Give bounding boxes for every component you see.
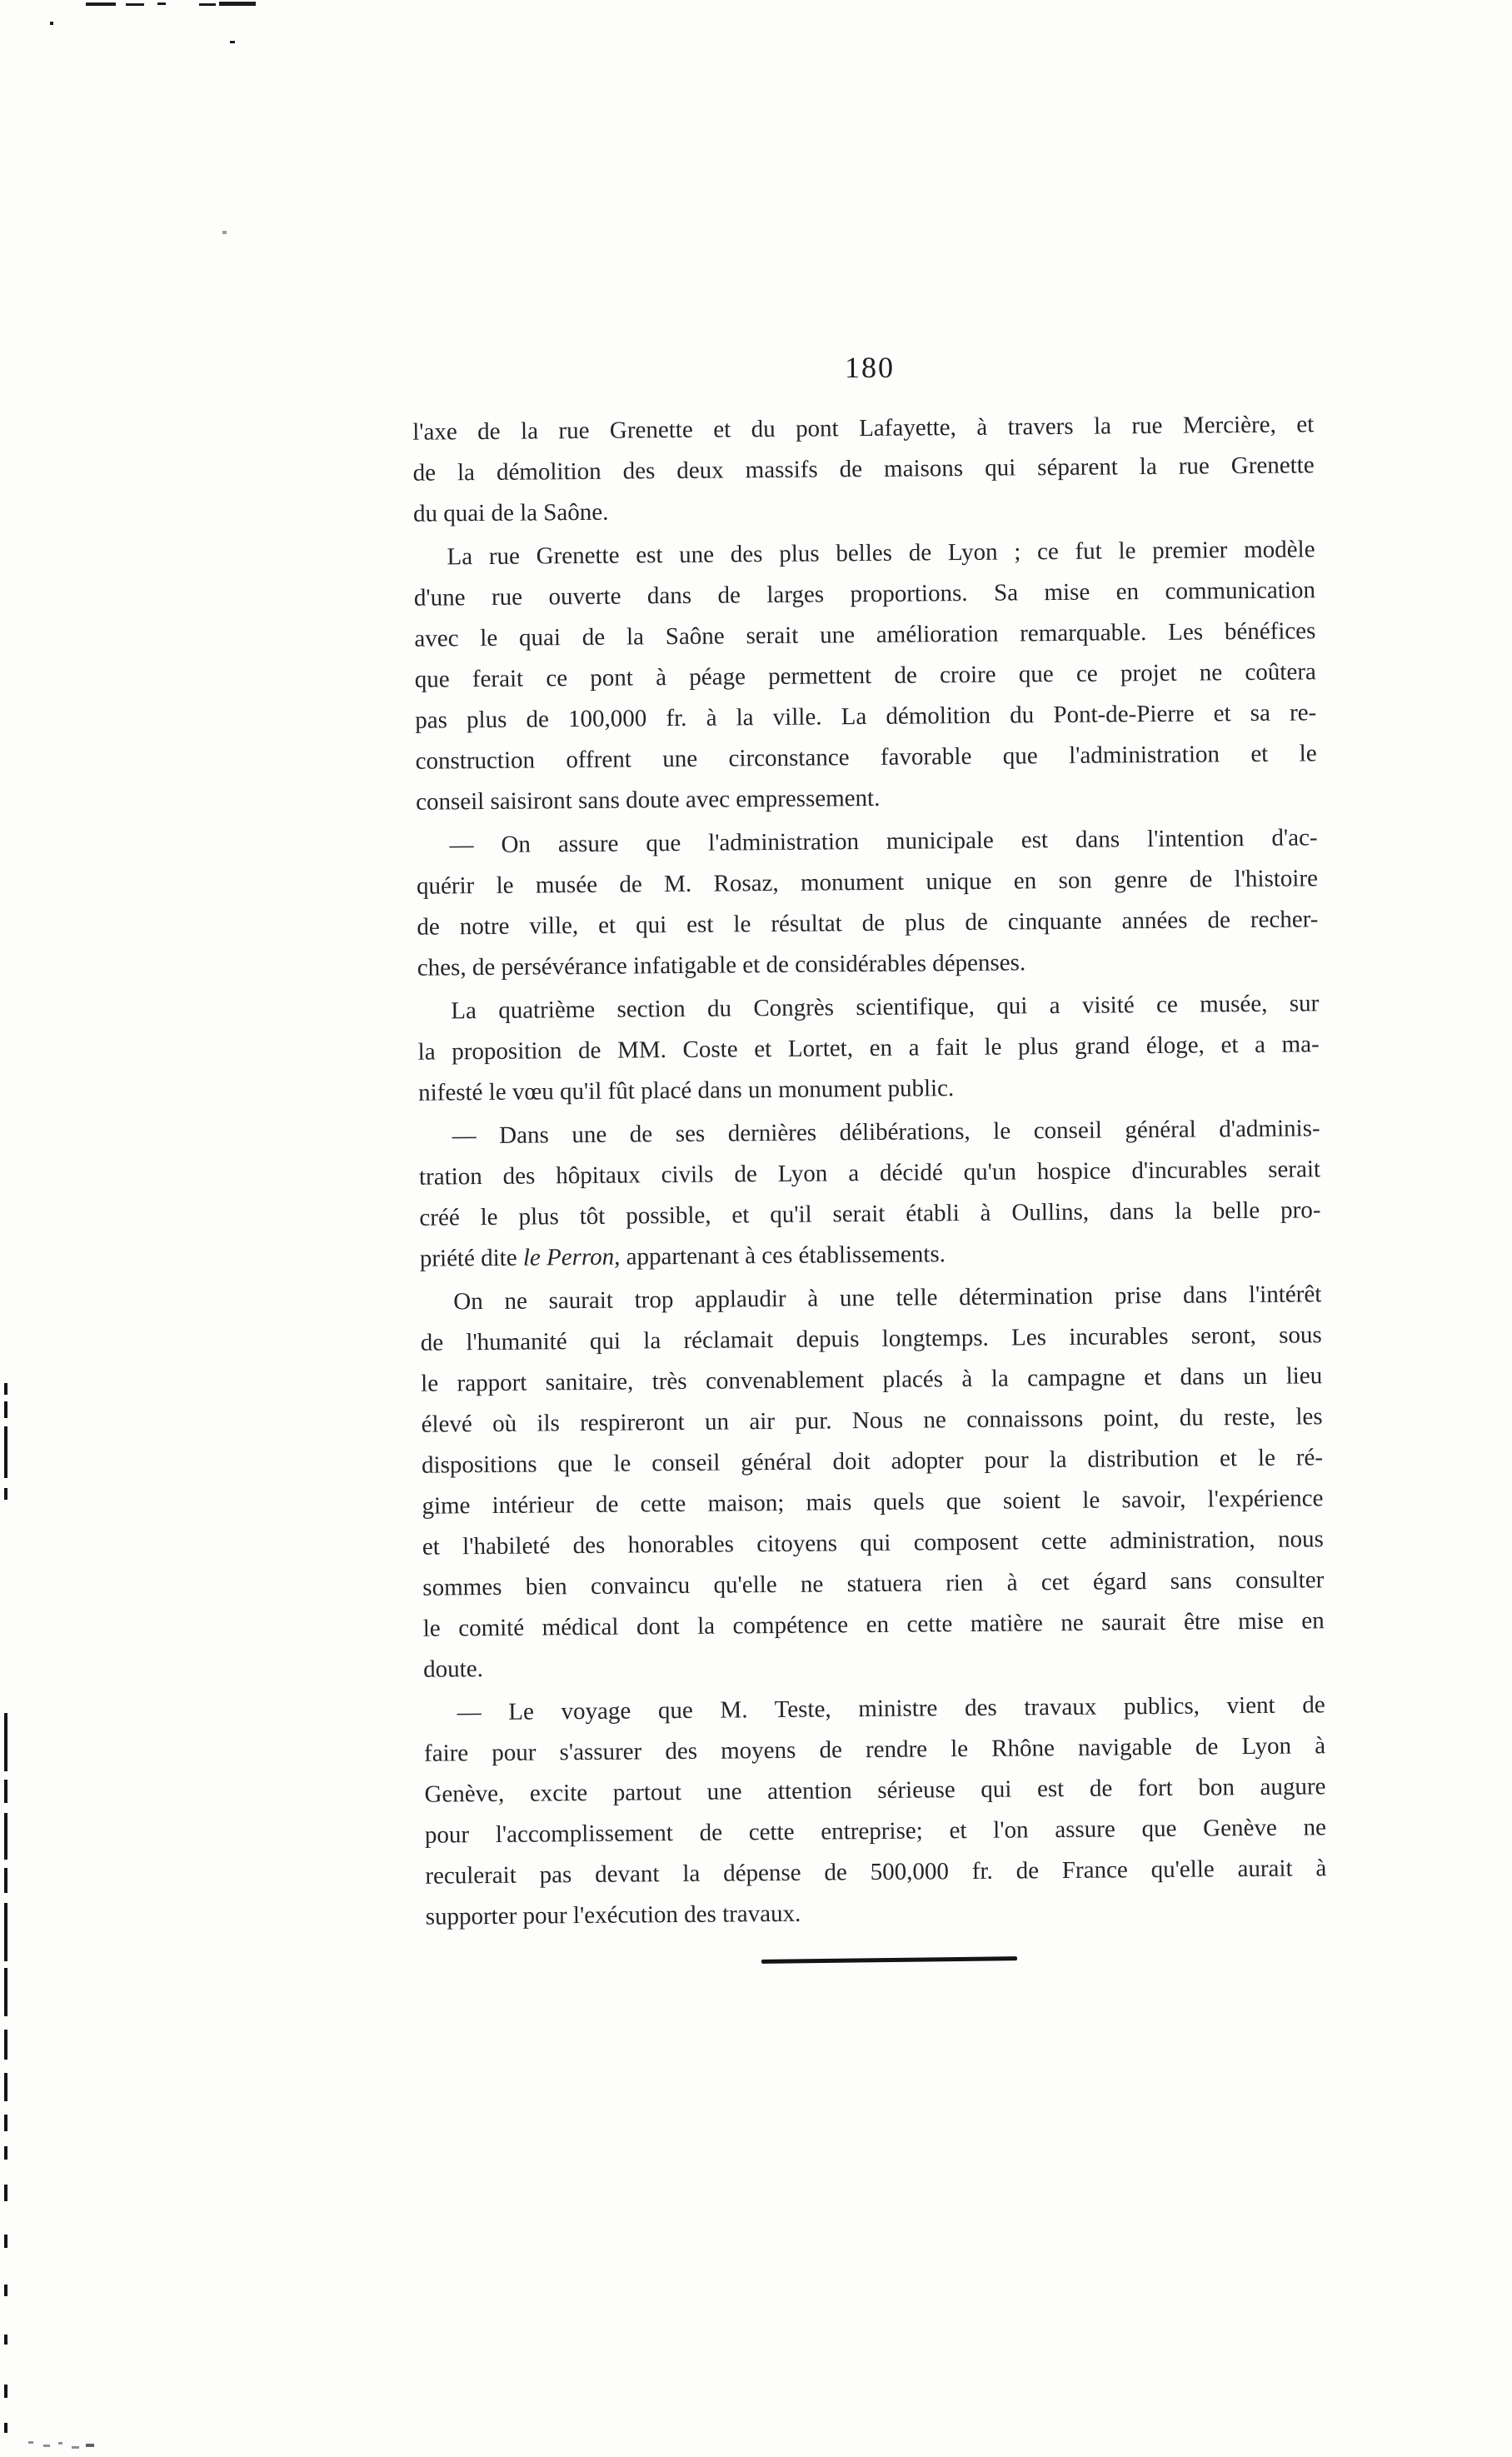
scan-artifact-speck: [222, 231, 227, 234]
text-line: supporter pour l'exécution des travaux.: [426, 1889, 1327, 1937]
scan-artifact-left-line: [4, 1713, 7, 1771]
scan-artifact-dot: [86, 2444, 94, 2447]
scan-artifact-left-line: [4, 2385, 7, 2398]
paragraph: On ne saurait trop applaudir à une telle…: [420, 1274, 1325, 1690]
text-line: le comité médical dont la compétence en …: [423, 1601, 1325, 1649]
text-line: construction offrent une circonstance fa…: [415, 733, 1316, 782]
paragraph: — Le voyage que M. Teste, ministre des t…: [423, 1685, 1327, 1937]
scan-artifact-left-line: [4, 2235, 7, 2248]
scan-artifact-speck: [50, 22, 53, 25]
scan-artifact-top-dash: [86, 2, 116, 6]
scan-artifact-left-line: [4, 2115, 7, 2131]
text-line: nifesté le vœu qu'il fût placé dans un m…: [418, 1065, 1320, 1113]
scan-artifact-left-line: [4, 1426, 7, 1478]
scan-artifact-left-line: [4, 2185, 7, 2201]
scan-artifact-left-line: [4, 2030, 7, 2060]
scan-artifact-top-dash: [157, 2, 166, 5]
scan-artifact-top-dash: [199, 3, 216, 6]
paragraph: — Dans une de ses dernières délibération…: [418, 1108, 1321, 1279]
text-line: du quai de la Saône.: [413, 486, 1315, 534]
text-line: conseil saisiront sans doute avec empres…: [416, 774, 1317, 822]
scan-artifact-left-line: [4, 1401, 7, 1418]
page-number: 180: [419, 350, 1320, 385]
scan-artifact-dot: [28, 2441, 33, 2444]
scan-artifact-left-line: [4, 2335, 7, 2345]
scan-artifact-left-line: [4, 2073, 7, 2101]
scan-artifact-top-dash: [126, 3, 144, 6]
scanned-document-page: 180 l'axe de la rue Grenette et du pont …: [0, 0, 1512, 2457]
scan-artifact-left-line: [4, 2423, 7, 2433]
text-line: créé le plus tôt possible, et qu'il sera…: [419, 1190, 1320, 1238]
section-divider-rule: [761, 1956, 1017, 1964]
scan-artifact-left-line: [4, 1383, 7, 1395]
scan-artifact-speck: [230, 41, 235, 43]
page-text: l'axe de la rue Grenette et du pont Lafa…: [412, 404, 1327, 1937]
paragraph: — On assure que l'administration municip…: [416, 817, 1319, 988]
scan-artifact-left-line: [4, 1903, 7, 1961]
text-line: de notre ville, et qui est le résultat d…: [417, 899, 1318, 947]
scan-artifact-left-line: [4, 1780, 7, 1803]
scan-artifact-dot: [58, 2442, 62, 2445]
scan-artifact-left-line: [4, 2285, 7, 2296]
text-line: reculerait pas devant la dépense de 500,…: [425, 1848, 1326, 1896]
paragraph: l'axe de la rue Grenette et du pont Lafa…: [412, 404, 1315, 534]
text-line: doute.: [423, 1641, 1325, 1690]
paragraph: La rue Grenette est une des plus belles …: [413, 529, 1317, 822]
text-line: priété dite le Perron, appartenant à ces…: [420, 1231, 1321, 1279]
text-line: de la démolition des deux massifs de mai…: [412, 445, 1314, 493]
scan-artifact-left-line: [4, 2146, 7, 2160]
scan-artifact-top-dash: [219, 2, 256, 6]
scan-artifact-left-line: [4, 1968, 7, 2016]
text-line: la proposition de MM. Coste et Lortet, e…: [418, 1024, 1320, 1072]
scan-artifact-dot: [72, 2446, 79, 2449]
scan-artifact-left-line: [4, 1813, 7, 1860]
scan-artifact-dot: [43, 2445, 50, 2447]
scan-artifact-left-line: [4, 1488, 7, 1500]
paragraph: La quatrième section du Congrès scientif…: [417, 983, 1320, 1113]
scan-artifact-left-line: [4, 1868, 7, 1893]
text-line: ches, de persévérance infatigable et de …: [417, 940, 1319, 988]
